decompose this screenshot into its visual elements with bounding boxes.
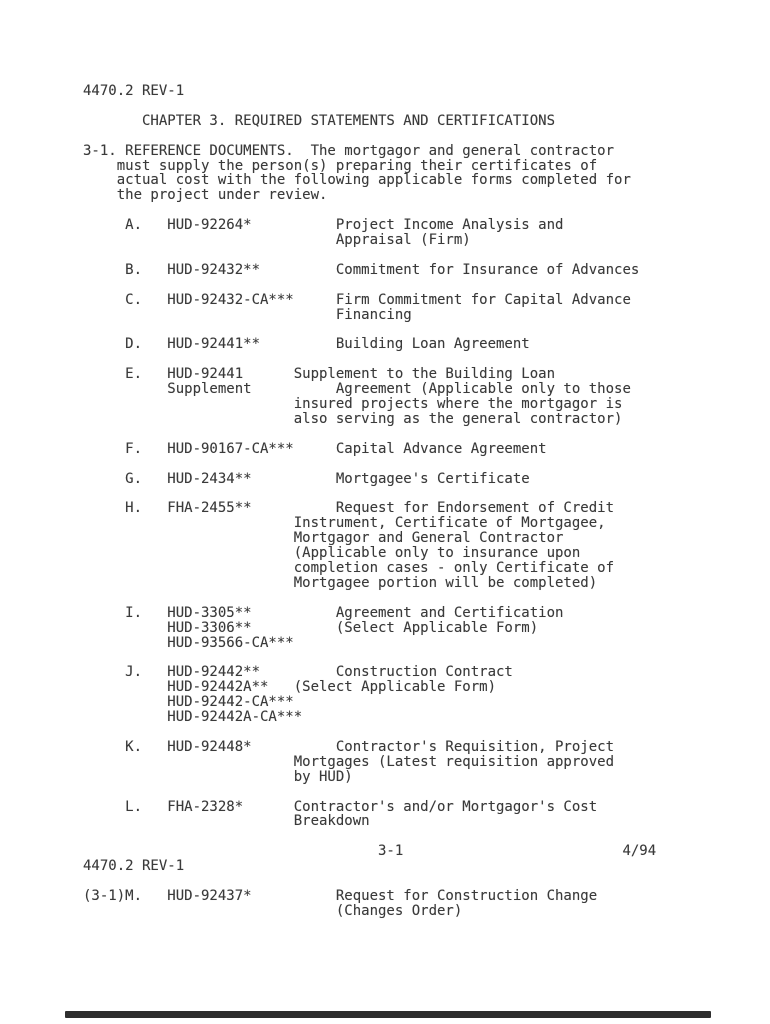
scan-edge-artifact	[65, 1011, 711, 1018]
document-text: 4470.2 REV-1 CHAPTER 3. REQUIRED STATEME…	[83, 84, 656, 919]
document-page: 4470.2 REV-1 CHAPTER 3. REQUIRED STATEME…	[0, 0, 770, 1024]
